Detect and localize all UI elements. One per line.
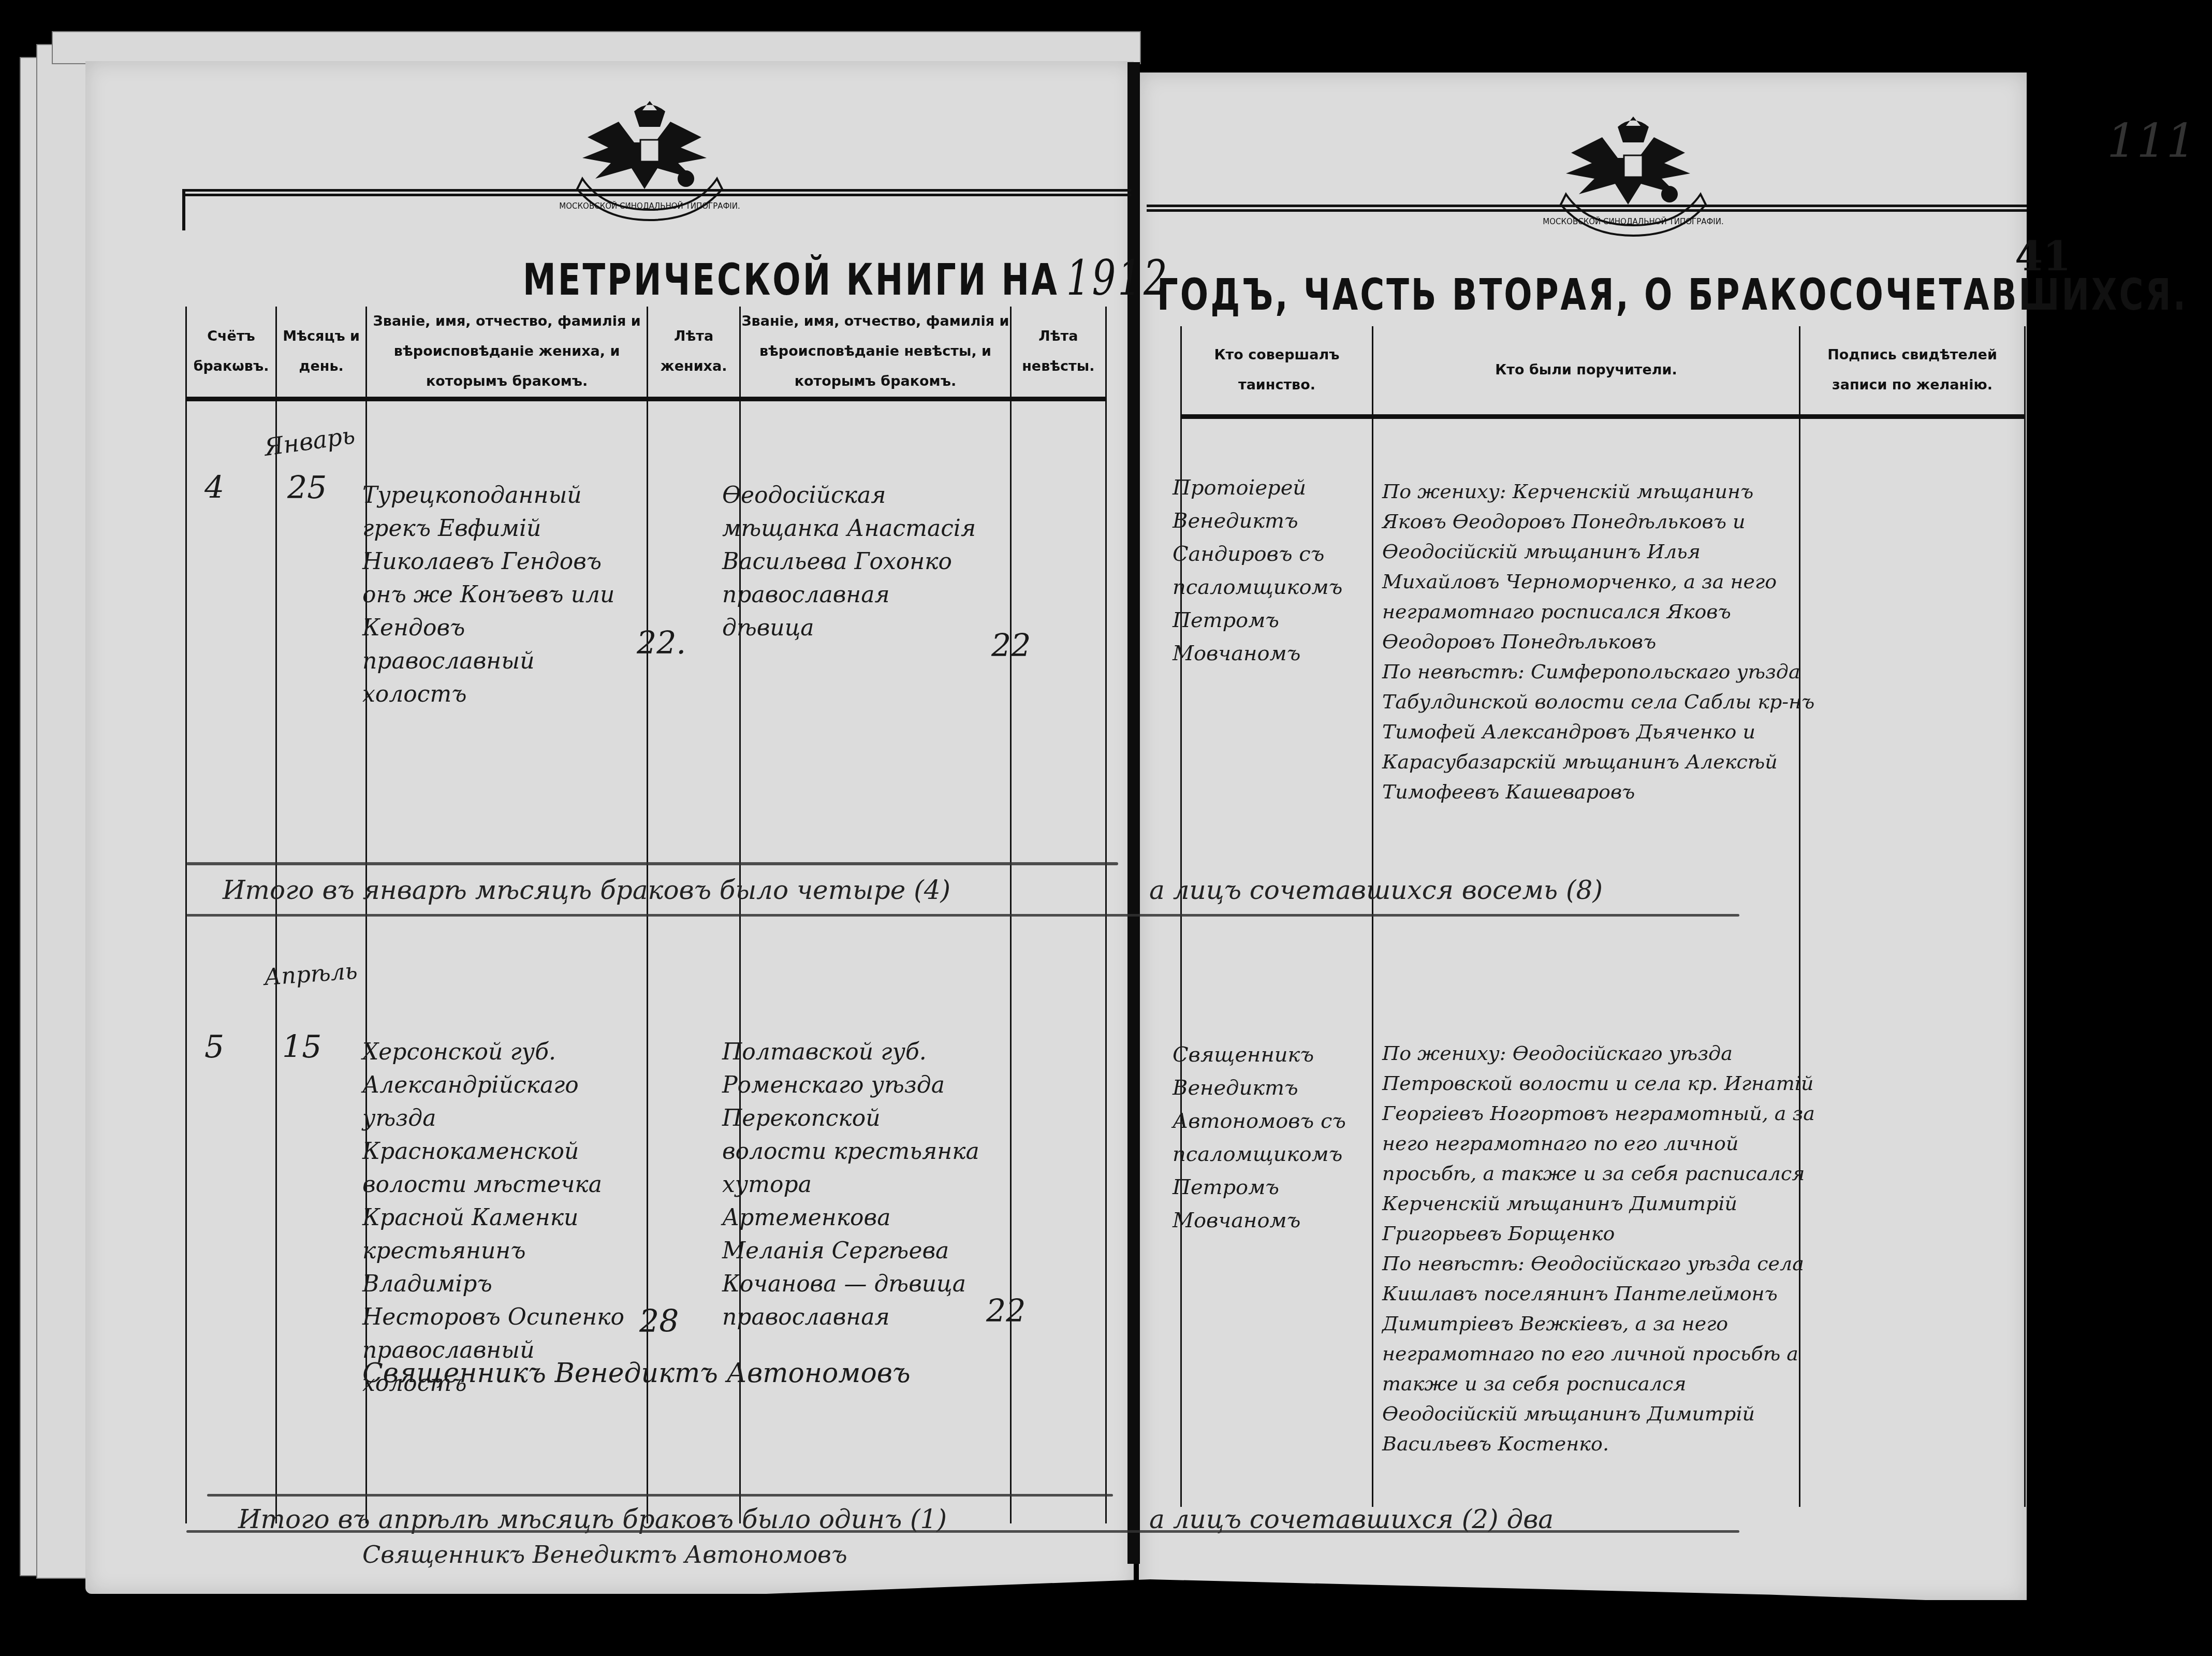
entry-day: 15 <box>282 1030 321 1064</box>
col-header-groom-age: Лѣта жениха. <box>648 307 740 399</box>
entry-groom-age: 22. <box>637 627 686 660</box>
page-title-left: МЕТРИЧЕСКОЙ КНИГИ НА1912 <box>523 250 1169 306</box>
summary-rule <box>186 1530 1739 1533</box>
col-header-witness-signature: Подпись свидѣтелей записи по желанію. <box>1800 326 2025 417</box>
entry-count: 5 <box>204 1030 224 1064</box>
summary-april-signature: Священникъ Венедиктъ Автономовъ <box>362 1541 847 1568</box>
page-title-right: ГОДЪ, ЧАСТЬ ВТОРАЯ, О БРАКОСОЧЕТАВШИХСЯ. <box>1157 271 2188 321</box>
summary-rule <box>207 1494 1113 1497</box>
entry-guarantors: По жениху: Керченскій мѣщанинъ Яковъ Өео… <box>1382 476 1817 807</box>
header-double-rule <box>1147 205 2027 212</box>
summary-january-left: Итого въ январѣ мѣсяцѣ браковъ было четы… <box>223 875 950 905</box>
entry-bride: Өеодосійская мѣщанка Анастасія Васильева… <box>722 479 981 645</box>
col-header-bride-age: Лѣта невѣсты. <box>1010 307 1106 399</box>
col-header-groom: Званіе, имя, отчество, фамилія и вѣроисп… <box>367 307 648 399</box>
handwritten-folio-number: 111 <box>2107 114 2196 168</box>
summary-rule <box>186 914 1739 917</box>
entry-officiant: Протоіерей Венедиктъ Сандировъ съ псалом… <box>1173 471 1380 670</box>
header-double-rule <box>184 189 1131 196</box>
summary-rule <box>186 862 1118 865</box>
entry-count: 4 <box>204 471 224 504</box>
crest-ribbon-text: МОСКОВСКОЙ СИНОДАЛЬНОЙ ТИПОГРАФІИ. <box>1543 216 1724 226</box>
entry-groom-age: 28 <box>639 1305 679 1338</box>
entry-month: Апрѣль <box>263 955 359 994</box>
handwritten-year: 1912 <box>1066 250 1169 306</box>
crest-ribbon-text: МОСКОВСКОЙ СИНОДАЛЬНОЙ ТИПОГРАФІИ. <box>559 201 740 211</box>
col-header-date: Мѣсяцъ и день. <box>276 307 367 399</box>
imperial-crest-icon: МОСКОВСКОЙ СИНОДАЛЬНОЙ ТИПОГРАФІИ. <box>1540 106 1726 241</box>
entry-groom: Турецкоподанный грекъ Евфимій Николаевъ … <box>362 479 632 711</box>
frame-left-edge <box>182 189 185 230</box>
col-header-guarantors: Кто были поручители. <box>1373 326 1800 417</box>
entry-groom: Херсонской губ. Александрійскаго уѣзда К… <box>362 1036 632 1400</box>
entry-bride-age: 22 <box>991 629 1031 662</box>
entry-bride-age: 22 <box>986 1295 1026 1328</box>
priest-signature: Священникъ Венедиктъ Автономовъ <box>362 1357 911 1390</box>
col-header-bride: Званіе, имя, отчество, фамилія и вѣроисп… <box>740 307 1010 399</box>
entry-guarantors: По жениху: Өеодосійскаго уѣзда Петровско… <box>1382 1038 1817 1459</box>
entry-officiant: Священникъ Венедиктъ Автономовъ съ псало… <box>1173 1038 1380 1237</box>
col-header-officiant: Кто совершалъ таинство. <box>1181 326 1373 417</box>
imperial-crest-icon: МОСКОВСКОЙ СИНОДАЛЬНОЙ ТИПОГРАФІИ. <box>556 91 743 225</box>
entry-bride: Полтавской губ. Роменскаго уѣзда Перекоп… <box>722 1036 981 1334</box>
col-header-count: Счётъ бракѡвъ. <box>186 307 276 399</box>
summary-january-right: а лицъ сочетавшихся восемь (8) <box>1149 875 1603 905</box>
entry-day: 25 <box>287 471 327 504</box>
page-stack-edge <box>52 31 1141 64</box>
